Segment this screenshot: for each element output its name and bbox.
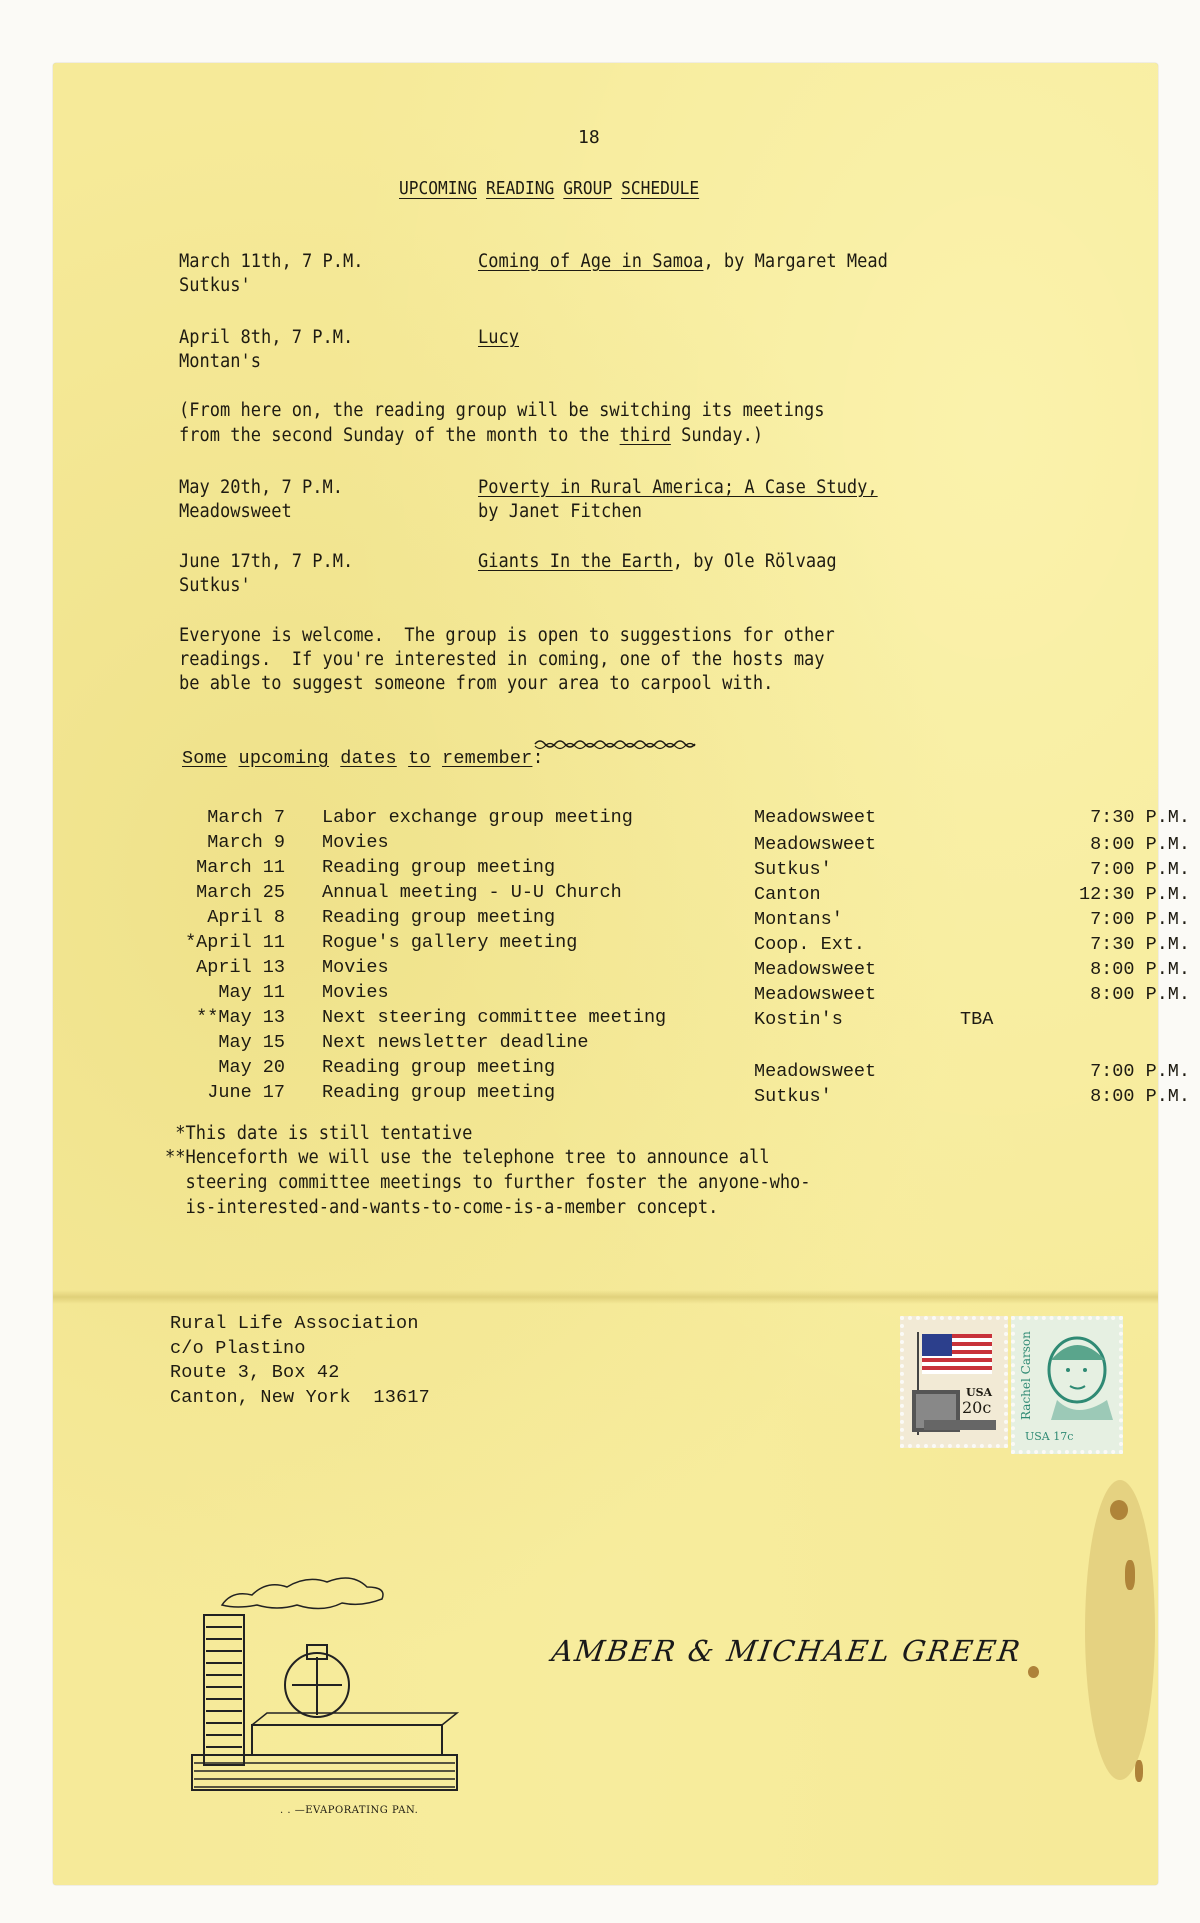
event-time: 7:00 P.M. bbox=[925, 909, 1190, 930]
page-number: 18 bbox=[578, 126, 600, 150]
event-description: Annual meeting - U-U Church bbox=[322, 882, 622, 903]
event-place: Sutkus' bbox=[754, 859, 832, 880]
event-date: June 17 bbox=[150, 1082, 285, 1103]
event-date: March 11 bbox=[150, 857, 285, 878]
event-time: 8:00 P.M. bbox=[925, 984, 1190, 1005]
entry-when: June 17th, 7 P.M. bbox=[179, 550, 353, 574]
event-place: Meadowsweet bbox=[754, 959, 876, 980]
schedule-change-note-line1: (From here on, the reading group will be… bbox=[179, 399, 825, 423]
event-row: March 11Reading group meetingSutkus'7:00… bbox=[150, 857, 1050, 882]
event-description: Reading group meeting bbox=[322, 907, 555, 928]
event-description: Movies bbox=[322, 982, 389, 1003]
stamp-value: USA 17c bbox=[1025, 1430, 1073, 1443]
event-place: Meadowsweet bbox=[754, 984, 876, 1005]
address-line: Rural Life Association bbox=[170, 1312, 419, 1336]
event-row: May 11MoviesMeadowsweet8:00 P.M. bbox=[150, 982, 1050, 1007]
event-date: April 13 bbox=[150, 957, 285, 978]
event-time: TBA bbox=[925, 1009, 993, 1030]
event-time: 7:30 P.M. bbox=[925, 807, 1190, 828]
coffee-stain-soft bbox=[1085, 1480, 1155, 1780]
postage-stamps: USA 20c Rachel Carson USA 17c bbox=[900, 1316, 1125, 1454]
dates-heading: Some upcoming dates to remember: bbox=[182, 747, 544, 771]
entry-when: May 20th, 7 P.M. bbox=[179, 476, 343, 500]
event-date: March 25 bbox=[150, 882, 285, 903]
footnote: steering committee meetings to further f… bbox=[165, 1171, 811, 1195]
entry-host: Sutkus' bbox=[179, 574, 251, 598]
event-row: March 7Labor exchange group meetingMeado… bbox=[150, 807, 1050, 832]
welcome-line: readings. If you're interested in coming… bbox=[179, 648, 825, 672]
event-row: April 8Reading group meetingMontans'7:00… bbox=[150, 907, 1050, 932]
event-time: 12:30 P.M. bbox=[925, 884, 1190, 905]
event-place: Meadowsweet bbox=[754, 807, 876, 828]
event-place: Kostin's bbox=[754, 1009, 843, 1030]
illustration-caption: . . —EVAPORATING PAN. bbox=[280, 1805, 418, 1816]
event-description: Rogue's gallery meeting bbox=[322, 932, 577, 953]
recipient-handwritten-name: AMBER & MICHAEL GREER bbox=[550, 1634, 1024, 1668]
event-place: Meadowsweet bbox=[754, 834, 876, 855]
wavy-divider-ornament bbox=[533, 737, 698, 751]
welcome-line: Everyone is welcome. The group is open t… bbox=[179, 624, 835, 648]
event-time: 7:00 P.M. bbox=[925, 859, 1190, 880]
event-time: 7:00 P.M. bbox=[925, 1061, 1190, 1082]
entry-host: Meadowsweet bbox=[179, 500, 292, 524]
event-date: March 7 bbox=[150, 807, 285, 828]
footnote: *This date is still tentative bbox=[165, 1122, 472, 1146]
stamp-value: 20c bbox=[962, 1398, 991, 1417]
event-place: Coop. Ext. bbox=[754, 934, 865, 955]
event-place: Meadowsweet bbox=[754, 1061, 876, 1082]
entry-host: Sutkus' bbox=[179, 274, 251, 298]
coffee-stain bbox=[1028, 1666, 1039, 1678]
entry-host: Montan's bbox=[179, 350, 261, 374]
flag-stamp-icon: USA 20c bbox=[900, 1316, 1008, 1448]
entry-book: Giants In the Earth, by Ole Rölvaag bbox=[478, 550, 837, 574]
event-row: **May 13Next steering committee meetingK… bbox=[150, 1007, 1050, 1032]
event-place: Canton bbox=[754, 884, 821, 905]
footnote: is-interested-and-wants-to-come-is-a-mem… bbox=[165, 1196, 718, 1220]
address-line: Route 3, Box 42 bbox=[170, 1361, 340, 1385]
event-description: Next steering committee meeting bbox=[322, 1007, 666, 1028]
address-line: Canton, New York 13617 bbox=[170, 1386, 430, 1410]
event-row: May 15Next newsletter deadline bbox=[150, 1032, 1050, 1057]
event-description: Reading group meeting bbox=[322, 857, 555, 878]
event-date: March 9 bbox=[150, 832, 285, 853]
event-place: Montans' bbox=[754, 909, 843, 930]
entry-book: Lucy bbox=[478, 326, 519, 350]
event-row: *April 11Rogue's gallery meetingCoop. Ex… bbox=[150, 932, 1050, 957]
entry-author: by Janet Fitchen bbox=[478, 500, 642, 524]
event-description: Movies bbox=[322, 957, 389, 978]
event-row: May 20Reading group meetingMeadowsweet7:… bbox=[150, 1057, 1050, 1082]
evaporating-pan-illustration bbox=[172, 1565, 472, 1815]
event-time: 7:30 P.M. bbox=[925, 934, 1190, 955]
event-row: April 13MoviesMeadowsweet8:00 P.M. bbox=[150, 957, 1050, 982]
schedule-change-note-line2: from the second Sunday of the month to t… bbox=[179, 424, 763, 448]
event-description: Movies bbox=[322, 832, 389, 853]
event-date: May 11 bbox=[150, 982, 285, 1003]
event-date: May 15 bbox=[150, 1032, 285, 1053]
welcome-line: be able to suggest someone from your are… bbox=[179, 672, 773, 696]
rachel-carson-stamp-icon: Rachel Carson USA 17c bbox=[1011, 1316, 1123, 1454]
event-date: **May 13 bbox=[150, 1007, 285, 1028]
entry-book: Coming of Age in Samoa, by Margaret Mead bbox=[478, 250, 888, 274]
event-date: May 20 bbox=[150, 1057, 285, 1078]
entry-book: Poverty in Rural America; A Case Study, bbox=[478, 476, 878, 500]
event-date: *April 11 bbox=[150, 932, 285, 953]
event-description: Reading group meeting bbox=[322, 1082, 555, 1103]
event-place: Sutkus' bbox=[754, 1086, 832, 1107]
footnote: **Henceforth we will use the telephone t… bbox=[165, 1146, 770, 1170]
event-description: Next newsletter deadline bbox=[322, 1032, 588, 1053]
event-date: April 8 bbox=[150, 907, 285, 928]
paper-fold-crease bbox=[53, 1290, 1158, 1304]
event-time: 8:00 P.M. bbox=[925, 834, 1190, 855]
coffee-stain bbox=[1135, 1760, 1143, 1782]
event-time: 8:00 P.M. bbox=[925, 1086, 1190, 1107]
event-row: June 17Reading group meetingSutkus'8:00 … bbox=[150, 1082, 1050, 1107]
event-description: Labor exchange group meeting bbox=[322, 807, 633, 828]
event-description: Reading group meeting bbox=[322, 1057, 555, 1078]
event-row: March 9MoviesMeadowsweet8:00 P.M. bbox=[150, 832, 1050, 857]
event-time: 8:00 P.M. bbox=[925, 959, 1190, 980]
entry-when: April 8th, 7 P.M. bbox=[179, 326, 353, 350]
reading-schedule-title: UPCOMINGREADINGGROUPSCHEDULE bbox=[399, 177, 708, 201]
stamp-name: Rachel Carson bbox=[1019, 1410, 1033, 1420]
entry-when: March 11th, 7 P.M. bbox=[179, 250, 363, 274]
address-line: c/o Plastino bbox=[170, 1337, 306, 1361]
event-row: March 25Annual meeting - U-U ChurchCanto… bbox=[150, 882, 1050, 907]
